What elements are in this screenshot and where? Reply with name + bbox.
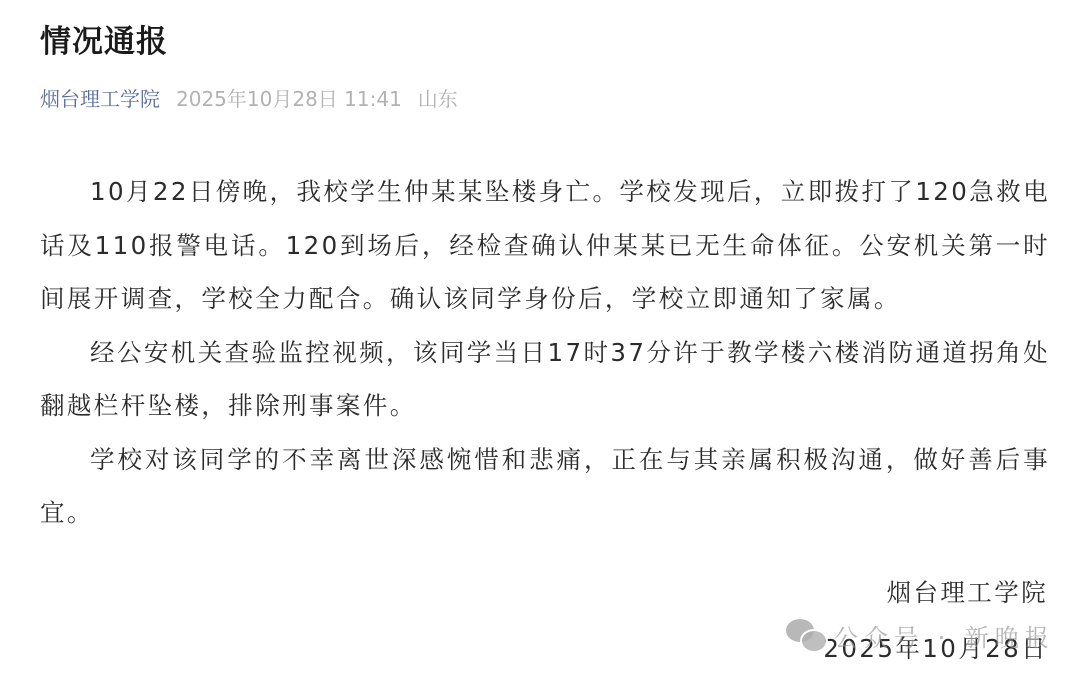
author-link[interactable]: 烟台理工学院	[40, 83, 160, 112]
signature-org: 烟台理工学院	[823, 565, 1048, 621]
paragraph: 10月22日傍晚，我校学生仲某某坠楼身亡。学校发现后，立即拨打了120急救电话及…	[40, 165, 1050, 326]
article-title: 情况通报	[40, 16, 168, 61]
wechat-icon	[786, 619, 826, 653]
publish-time: 2025年10月28日 11:41	[176, 83, 402, 112]
article-meta: 烟台理工学院 2025年10月28日 11:41 山东	[40, 83, 458, 112]
article-body: 10月22日傍晚，我校学生仲某某坠楼身亡。学校发现后，立即拨打了120急救电话及…	[40, 165, 1050, 540]
location: 山东	[418, 83, 458, 112]
signature: 烟台理工学院 2025年10月28日	[823, 565, 1048, 677]
paragraph: 经公安机关查验监控视频，该同学当日17时37分许于教学楼六楼消防通道拐角处翻越栏…	[40, 326, 1050, 433]
signature-date: 2025年10月28日	[823, 621, 1048, 677]
paragraph: 学校对该同学的不幸离世深感惋惜和悲痛，正在与其亲属积极沟通，做好善后事宜。	[40, 433, 1050, 540]
